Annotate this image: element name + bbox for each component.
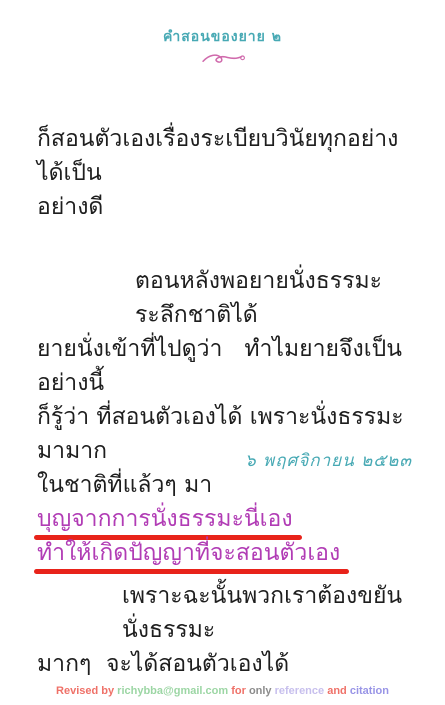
- text-line: ทำให้เกิดปัญญาที่จะสอนตัวเอง: [37, 536, 413, 570]
- text-line: ตอนหลังพอยายนั่งธรรมะ ระลึกชาติได้: [37, 264, 413, 332]
- footer-credit: Revised by richybba@gmail.com for only r…: [0, 685, 445, 697]
- footer-only: only: [249, 685, 275, 697]
- text-line: ยายนั่งเข้าที่ไปดูว่า ทำไมยายจึงเป็นอย่า…: [37, 332, 413, 400]
- text-line: อย่างดี: [37, 190, 413, 224]
- chapter-title: คำสอนของยาย ๒: [0, 26, 445, 48]
- date-stamp: ๖ พฤศจิกายน ๒๕๒๓: [245, 447, 412, 474]
- paragraph-1: ก็สอนตัวเองเรื่องระเบียบวินัยทุกอย่างได้…: [37, 122, 413, 224]
- divider-flourish-icon: [0, 51, 445, 67]
- text-segment: ในชาติที่แล้วๆ มา: [37, 472, 227, 498]
- footer-and: and: [327, 685, 350, 697]
- text-line: มากๆ จะได้สอนตัวเองได้: [37, 647, 413, 681]
- highlighted-underlined-text: บุญจากการนั่งธรรมะนี่เอง: [37, 502, 293, 536]
- book-page: คำสอนของยาย ๒ ก็สอนตัวเองเรื่องระเบียบวิ…: [0, 0, 445, 705]
- highlighted-underlined-text: ทำให้เกิดปัญญาที่จะสอนตัวเอง: [37, 536, 340, 570]
- page-body: ก็สอนตัวเองเรื่องระเบียบวินัยทุกอย่างได้…: [37, 122, 413, 687]
- text-line: ในชาติที่แล้วๆ มา บุญจากการนั่งธรรมะนี่เ…: [37, 468, 413, 536]
- page-header: คำสอนของยาย ๒: [0, 26, 445, 67]
- footer-for: for: [228, 685, 249, 697]
- footer-revised-by: Revised by: [56, 685, 117, 697]
- paragraph-2: ตอนหลังพอยายนั่งธรรมะ ระลึกชาติได้ ยายนั…: [37, 264, 413, 570]
- text-line: เพราะฉะนั้นพวกเราต้องขยันนั่งธรรมะ: [37, 579, 413, 647]
- footer-reference: reference: [275, 685, 328, 697]
- paragraph-3: เพราะฉะนั้นพวกเราต้องขยันนั่งธรรมะ มากๆ …: [37, 579, 413, 681]
- footer-email: richybba@gmail.com: [117, 685, 228, 697]
- text-line: ก็สอนตัวเองเรื่องระเบียบวินัยทุกอย่างได้…: [37, 122, 413, 190]
- footer-citation: citation: [350, 685, 389, 697]
